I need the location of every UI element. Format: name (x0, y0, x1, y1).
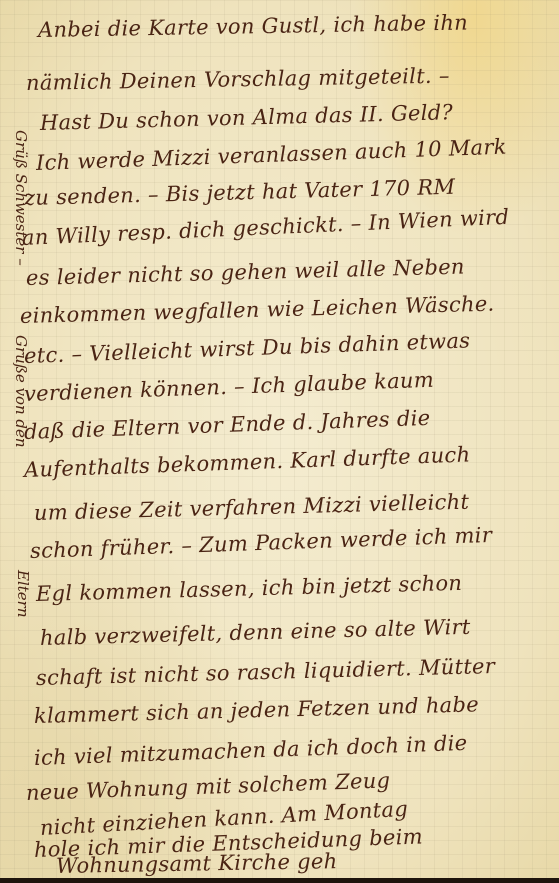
margin-note: Grüß Schwester – (12, 130, 30, 266)
scan-edge (0, 878, 559, 883)
margin-note: Grüße von den (12, 335, 30, 448)
handwritten-line: Wohnungsamt Kirche geh (56, 849, 338, 878)
letter-page: Anbei die Karte von Gustl, ich habe ihnn… (0, 0, 559, 878)
margin-note: Eltern (14, 570, 32, 617)
